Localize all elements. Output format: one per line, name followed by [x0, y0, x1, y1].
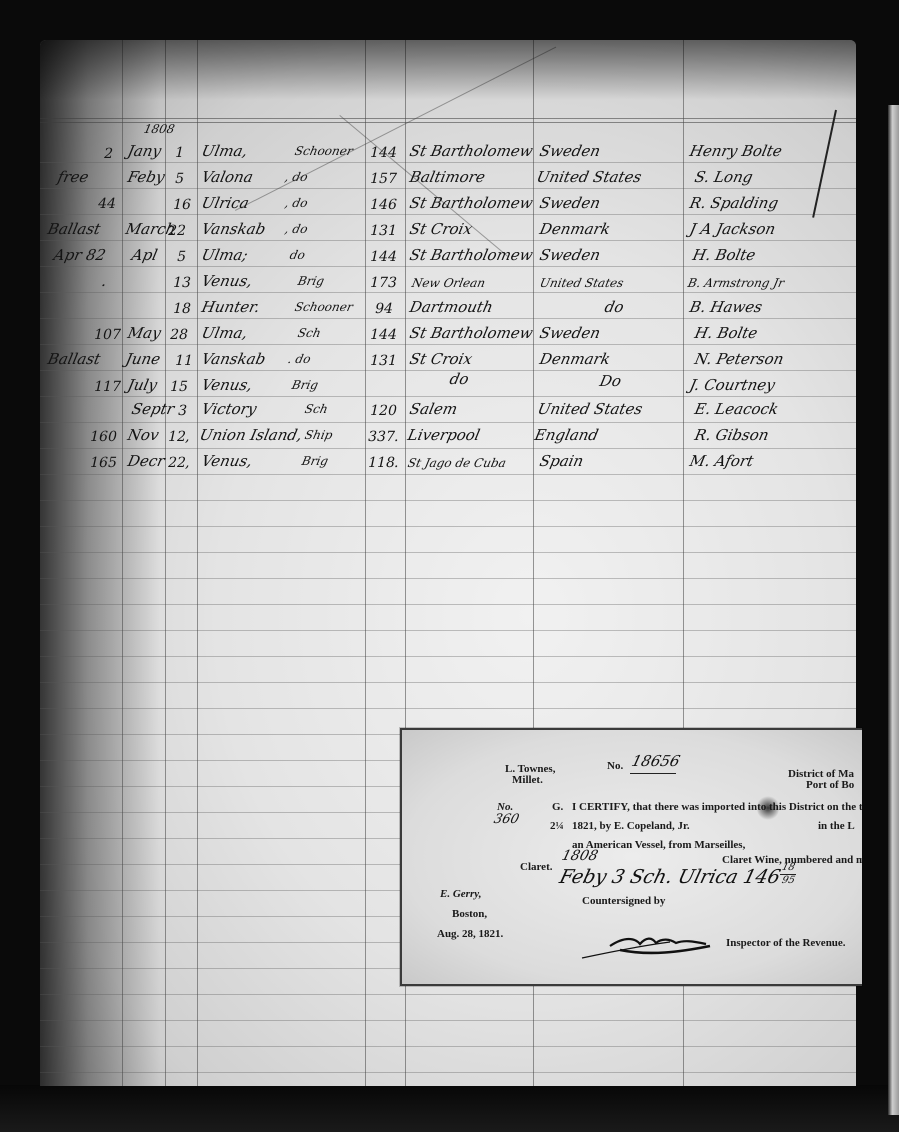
- column-rule: [122, 40, 123, 1086]
- cell-master: M. Afort: [688, 452, 755, 470]
- cell-rig: , do: [283, 168, 309, 186]
- cell-vessel: Hunter.: [200, 298, 261, 316]
- cell-rig: Sch: [303, 400, 329, 418]
- hand-entry: Feby 3 Sch. Ulrica 146: [557, 866, 782, 888]
- ruled-line: [40, 604, 856, 605]
- cell-tons: 173: [368, 274, 399, 292]
- ruled-line: [40, 162, 856, 163]
- cell-day: 18: [171, 300, 193, 318]
- cell-port: Liverpool: [406, 426, 482, 444]
- cell-day: 12,: [166, 428, 192, 446]
- cert-no-underline: [630, 773, 676, 774]
- cell-vessel: Vanskab: [200, 350, 267, 368]
- cell-rig: , do: [283, 220, 309, 238]
- cell-month: June: [124, 350, 162, 368]
- cell-tons: 157: [368, 170, 399, 188]
- cell-port: St Jago de Cuba: [406, 454, 508, 472]
- cell-day: 22: [166, 222, 188, 240]
- ruled-line: [40, 682, 856, 683]
- cell-master: R. Gibson: [693, 426, 770, 444]
- cell-master: H. Bolte: [691, 246, 757, 264]
- cell-day: 16: [171, 196, 193, 214]
- ruled-line: [40, 1020, 856, 1021]
- cell-month: Septr: [130, 400, 176, 418]
- cell-rig: Brig: [300, 452, 330, 470]
- cell-master: S. Long: [693, 168, 754, 186]
- ruled-line: [40, 552, 856, 553]
- cell-country: Sweden: [538, 194, 602, 212]
- cell-tons: 146: [368, 196, 399, 214]
- cert-no-label: No.: [607, 760, 623, 773]
- ruled-line: [40, 422, 856, 423]
- cell-master: J. Courtney: [688, 376, 777, 394]
- cell-tons: 144: [368, 248, 399, 266]
- cell-tons: 118.: [366, 454, 401, 472]
- ruled-line: [40, 266, 856, 267]
- cell-rig: Schooner: [293, 142, 355, 160]
- certify-line-2-right: in the L: [818, 820, 855, 833]
- cell-remark: Apr 82: [52, 246, 107, 264]
- year-heading: 1808: [142, 120, 176, 138]
- cell-rig: Sch: [296, 324, 322, 342]
- cell-tons: 144: [368, 326, 399, 344]
- ruled-line: [40, 396, 856, 397]
- ruled-line: [40, 578, 856, 579]
- cell-port: St Bartholomew: [408, 246, 535, 264]
- district-line-2: Port of Bo: [806, 779, 854, 792]
- cell-day: 15: [168, 378, 190, 396]
- cell-rig: , do: [283, 194, 309, 212]
- ruled-line: [40, 994, 856, 995]
- import-certificate: L. Townes, Millet. No. 18656 District of…: [400, 728, 862, 986]
- cell-tons: 337.: [366, 428, 401, 446]
- ruled-line: [40, 344, 856, 345]
- ruled-line: [40, 526, 856, 527]
- cell-day: 13: [171, 274, 193, 292]
- cell-day: 3: [176, 402, 189, 420]
- hand-fraction-bottom: 95: [781, 875, 796, 886]
- cell-vessel: Union Island,: [198, 426, 304, 444]
- ruled-line: [40, 240, 856, 241]
- cell-port: St Croix: [408, 220, 474, 238]
- cell-country: Sweden: [538, 324, 602, 342]
- cell-country: Sweden: [538, 246, 602, 264]
- cell-master: H. Bolte: [693, 324, 759, 342]
- cell-vessel: Ulma,: [200, 324, 249, 342]
- cell-country: Sweden: [538, 142, 602, 160]
- certificate-date: Aug. 28, 1821.: [437, 928, 503, 941]
- cell-month: Feby: [126, 168, 166, 186]
- inspector-signature: [580, 934, 720, 960]
- city: Boston,: [452, 908, 487, 921]
- ruled-line: [40, 474, 856, 475]
- certify-line-2: 1821, by E. Copeland, Jr.: [572, 820, 690, 833]
- page-tear: [812, 110, 837, 218]
- cell-vessel: Vanskab: [200, 220, 267, 238]
- cell-tons: 131: [368, 222, 399, 240]
- cell-port: Baltimore: [408, 168, 487, 186]
- adjacent-page-edge: [888, 105, 899, 1115]
- cell-country: Do: [598, 372, 623, 390]
- grade-fraction: 2¼: [550, 820, 564, 833]
- cell-vessel: Venus,: [200, 376, 254, 394]
- ruled-line: [40, 630, 856, 631]
- cell-rig: Brig: [296, 272, 326, 290]
- cell-tons: 94: [373, 300, 395, 318]
- ink-blot: [757, 795, 779, 821]
- ruled-line: [40, 448, 856, 449]
- cell-rig: Schooner: [293, 298, 355, 316]
- cell-country: England: [533, 426, 600, 444]
- cell-day: 5: [175, 248, 188, 266]
- cell-country: Spain: [538, 452, 585, 470]
- cell-month: July: [126, 376, 159, 394]
- cell-master: R. Spalding: [688, 194, 780, 212]
- film-border-bottom: [0, 1085, 899, 1132]
- column-rule: [165, 40, 166, 1086]
- ruled-line: [40, 370, 856, 371]
- inspector-label: Inspector of the Revenue.: [726, 937, 846, 950]
- cell-month: Nov: [126, 426, 160, 444]
- cell-day: 11: [173, 352, 195, 370]
- cell-country: do: [603, 298, 625, 316]
- cell-day: 22,: [166, 454, 192, 472]
- cell-tons: 144: [368, 144, 399, 162]
- grade-letter: G.: [552, 801, 563, 814]
- cell-master: J A Jackson: [688, 220, 777, 238]
- cell-master: N. Peterson: [693, 350, 785, 368]
- cell-country: United States: [535, 168, 643, 186]
- cell-vessel: Ulma;: [200, 246, 249, 264]
- cell-rig: . do: [286, 350, 312, 368]
- cell-master: B. Hawes: [688, 298, 764, 316]
- column-rule: [197, 40, 198, 1086]
- cell-remark: free: [56, 168, 90, 186]
- cell-master: E. Leacock: [693, 400, 780, 418]
- cell-country: United States: [538, 274, 625, 292]
- cell-vessel: Venus,: [200, 452, 254, 470]
- ruled-line: [40, 318, 856, 319]
- cert-no-value: 18656: [630, 752, 682, 770]
- ruled-line: [40, 708, 856, 709]
- side-no-value: 360: [492, 812, 521, 827]
- cell-vessel: Venus,: [200, 272, 254, 290]
- cell-remark: .: [100, 272, 109, 290]
- cell-day: 28: [168, 326, 190, 344]
- cell-port: Dartmouth: [408, 298, 495, 316]
- cell-rig: Brig: [290, 376, 320, 394]
- cell-month: Apl: [130, 246, 159, 264]
- cell-port: St Bartholomew: [408, 142, 535, 160]
- ruled-line: [40, 188, 856, 189]
- cell-remark: 160: [88, 428, 119, 446]
- cell-vessel: Ulma,: [200, 142, 249, 160]
- commodity-left: Claret.: [520, 861, 552, 874]
- ruled-line: [40, 1046, 856, 1047]
- cell-day: 5: [173, 170, 186, 188]
- cell-port: do: [448, 370, 470, 388]
- ruled-line: [40, 500, 856, 501]
- hand-year: 1808: [560, 848, 600, 864]
- ruled-line: [40, 292, 856, 293]
- ruled-line: [40, 1072, 856, 1073]
- cell-port: St Bartholomew: [408, 324, 535, 342]
- cell-master: Henry Bolte: [688, 142, 784, 160]
- cell-day: 1: [173, 144, 186, 162]
- paper-crease: [235, 47, 556, 211]
- cell-remark: 165: [88, 454, 119, 472]
- cell-month: Jany: [126, 142, 163, 160]
- cell-port: St Croix: [408, 350, 474, 368]
- cell-remark: Ballast: [46, 350, 102, 368]
- cell-vessel: Valona: [200, 168, 255, 186]
- cell-tons: 120: [368, 402, 399, 420]
- cell-country: Denmark: [538, 220, 612, 238]
- cell-remark: 107: [92, 326, 123, 344]
- cell-port: Salem: [408, 400, 459, 418]
- cell-vessel: Ulrica: [200, 194, 251, 212]
- countersigned-label: Countersigned by: [582, 895, 665, 908]
- cell-remark: 2: [102, 145, 115, 163]
- hand-fraction-top: 18: [781, 862, 796, 873]
- cell-port: New Orlean: [410, 274, 487, 292]
- ruled-line: [40, 656, 856, 657]
- cell-tons: 131: [368, 352, 399, 370]
- cell-remark: Ballast: [46, 220, 102, 238]
- cell-master: B. Armstrong Jr: [686, 274, 786, 292]
- cell-country: United States: [536, 400, 644, 418]
- cell-country: Denmark: [538, 350, 612, 368]
- cell-remark: 117: [92, 378, 123, 396]
- ruled-line: [40, 214, 856, 215]
- cell-vessel: Victory: [200, 400, 258, 418]
- collector-name: E. Gerry,: [440, 888, 481, 901]
- cell-port: St Bartholomew: [408, 194, 535, 212]
- cell-month: May: [126, 324, 163, 342]
- maker-role: Millet.: [512, 774, 543, 787]
- cell-rig: Ship: [303, 426, 334, 444]
- column-rule: [365, 40, 366, 1086]
- cell-remark: 44: [96, 195, 118, 213]
- cell-rig: do: [288, 246, 307, 264]
- certify-line-1: I CERTIFY, that there was imported into …: [572, 801, 862, 814]
- cell-month: Decr: [126, 452, 166, 470]
